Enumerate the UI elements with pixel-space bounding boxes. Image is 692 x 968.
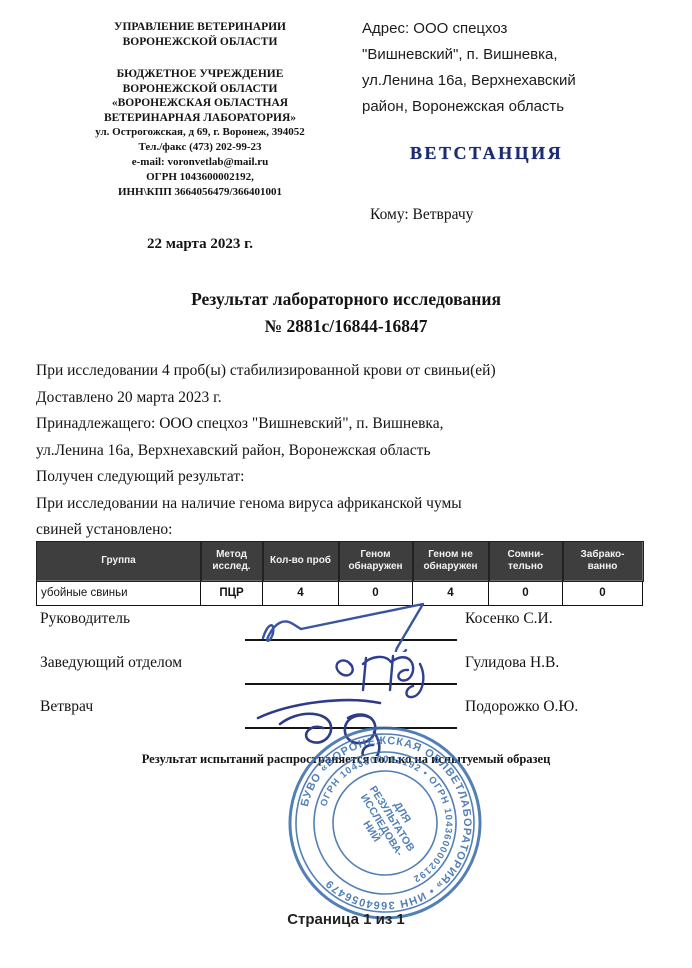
cell-group: убойные свиньи <box>37 581 201 606</box>
body-line: Получен следующий результат: <box>36 464 662 491</box>
document-date: 22 марта 2023 г. <box>52 236 348 253</box>
table-header-row: Группа Метод исслед. Кол-во проб Геном о… <box>37 542 643 581</box>
cell-sample-count: 4 <box>263 581 339 606</box>
letterhead-institution: БЮДЖЕТНОЕ УЧРЕЖДЕНИЕ ВОРОНЕЖСКОЙ ОБЛАСТИ… <box>52 67 348 125</box>
body-line: При исследовании 4 проб(ы) стабилизирова… <box>36 358 662 385</box>
signature-line <box>245 639 457 641</box>
table-row: убойные свиньи ПЦР 4 0 4 0 0 <box>37 581 643 606</box>
signature-ink-dept-head <box>330 648 460 710</box>
cell-rejected: 0 <box>563 581 643 606</box>
body-line: Доставлено 20 марта 2023 г. <box>36 385 662 412</box>
address-line: "Вишневский", п. Вишневка, <box>362 42 658 68</box>
address-line: ул.Ленина 16а, Верхнехавский <box>362 68 658 94</box>
title-number: № 2881с/16844-16847 <box>0 313 692 340</box>
body-line: свиней установлено: <box>36 517 662 544</box>
letterhead: УПРАВЛЕНИЕ ВЕТЕРИНАРИИ ВОРОНЕЖСКОЙ ОБЛАС… <box>52 20 348 200</box>
signature-name-dept-head: Гулидова Н.В. <box>465 654 559 672</box>
cell-genome-not-found: 4 <box>413 581 489 606</box>
letterhead-contacts: ул. Острогожская, д 69, г. Воронеж, 3940… <box>52 125 348 200</box>
letterhead-email: e-mail: voronvetlab@mail.ru <box>52 155 348 170</box>
addressee-address: Адрес: ООО спецхоз "Вишневский", п. Вишн… <box>362 16 658 120</box>
letterhead-line: ВОРОНЕЖСКОЙ ОБЛАСТИ <box>52 35 348 50</box>
round-stamp: БУВО «ВОРОНЕЖСКАЯ ОБЛВЕТЛАБОРАТОРИЯ» • И… <box>285 723 485 923</box>
cell-method: ПЦР <box>201 581 263 606</box>
signature-role-dept-head: Заведующий отделом <box>40 654 182 672</box>
col-header-method: Метод исслед. <box>201 542 263 581</box>
letterhead-line: «ВОРОНЕЖСКАЯ ОБЛАСТНАЯ <box>52 96 348 111</box>
title-line-1: Результат лабораторного исследования <box>0 286 692 313</box>
col-header-rejected: Забрако- ванно <box>563 542 643 581</box>
letterhead-line: ВОРОНЕЖСКОЙ ОБЛАСТИ <box>52 82 348 97</box>
body-text: При исследовании 4 проб(ы) стабилизирова… <box>36 358 662 544</box>
vetstation-stamp: ВЕТСТАНЦИЯ <box>410 143 610 164</box>
body-line: Принадлежащего: ООО спецхоз "Вишневский"… <box>36 411 662 438</box>
col-header-genome-found: Геном обнаружен <box>339 542 413 581</box>
signature-role-vet: Ветврач <box>40 698 93 716</box>
cell-genome-found: 0 <box>339 581 413 606</box>
letterhead-inn-kpp: ИНН\КПП 3664056479/366401001 <box>52 185 348 200</box>
col-header-group: Группа <box>37 542 201 581</box>
col-header-sample-count: Кол-во проб <box>263 542 339 581</box>
body-line: ул.Ленина 16а, Верхнехавский район, Воро… <box>36 438 662 465</box>
cell-doubtful: 0 <box>489 581 563 606</box>
letterhead-line: ВЕТЕРИНАРНАЯ ЛАБОРАТОРИЯ» <box>52 111 348 126</box>
address-line: Адрес: ООО спецхоз <box>362 16 658 42</box>
body-line: При исследовании на наличие генома вирус… <box>36 491 662 518</box>
page-title: Результат лабораторного исследования № 2… <box>0 286 692 340</box>
letterhead-ogrn: ОГРН 1043600002192, <box>52 170 348 185</box>
col-header-genome-not-found: Геном не обнаружен <box>413 542 489 581</box>
letterhead-phone: Тел./факс (473) 202-99-23 <box>52 140 348 155</box>
letterhead-line: УПРАВЛЕНИЕ ВЕТЕРИНАРИИ <box>52 20 348 35</box>
signature-line <box>245 683 457 685</box>
letterhead-address: ул. Острогожская, д 69, г. Воронеж, 3940… <box>52 125 348 140</box>
address-line: район, Воронежская область <box>362 94 658 120</box>
signature-name-director: Косенко С.И. <box>465 610 553 628</box>
col-header-doubtful: Сомни- тельно <box>489 542 563 581</box>
letterhead-authority: УПРАВЛЕНИЕ ВЕТЕРИНАРИИ ВОРОНЕЖСКОЙ ОБЛАС… <box>52 20 348 49</box>
signature-name-vet: Подорожко О.Ю. <box>465 698 578 716</box>
results-table: Группа Метод исслед. Кол-во проб Геном о… <box>36 541 643 606</box>
signature-role-director: Руководитель <box>40 610 130 628</box>
addressee-to: Кому: Ветврачу <box>370 206 473 224</box>
page-number: Страница 1 из 1 <box>0 911 692 928</box>
letterhead-line: БЮДЖЕТНОЕ УЧРЕЖДЕНИЕ <box>52 67 348 82</box>
